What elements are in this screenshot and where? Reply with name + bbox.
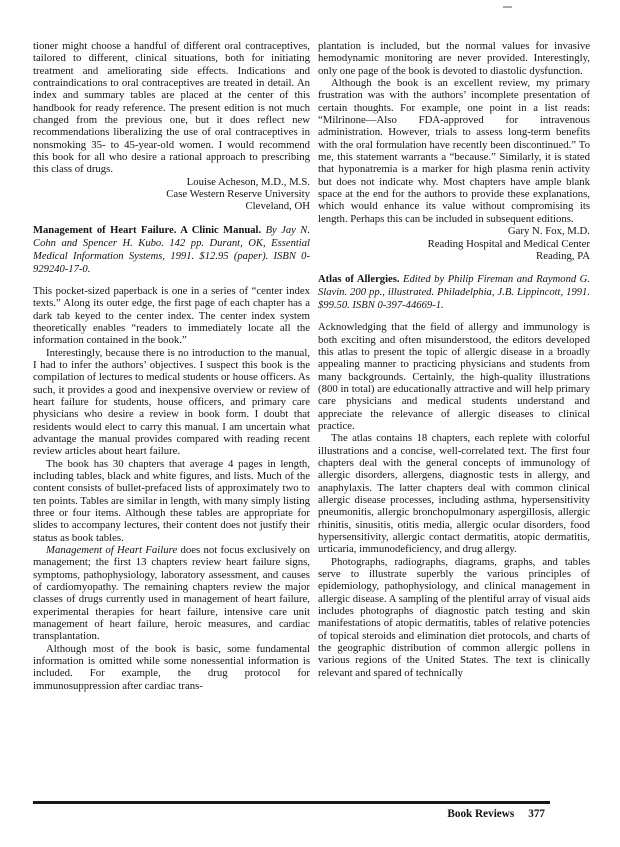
review-paragraph: This pocket-sized paperback is one in a … — [33, 285, 310, 347]
reviewer-affiliation: Case Western Reserve University — [33, 188, 310, 200]
review-paragraph: Although the book is an excellent review… — [318, 77, 590, 225]
book-title-inline: Management of Heart Failure — [46, 544, 177, 556]
book-citation-heading: Management of Heart Failure. A Clinic Ma… — [33, 224, 310, 276]
review-paragraph: Acknowledging that the field of allergy … — [318, 321, 590, 432]
continued-paragraph: plantation is included, but the normal v… — [318, 40, 590, 77]
review-paragraph: The book has 30 chapters that average 4 … — [33, 458, 310, 544]
right-column: plantation is included, but the normal v… — [318, 40, 590, 798]
reviewer-signature: Gary N. Fox, M.D. Reading Hospital and M… — [318, 225, 590, 262]
review-paragraph: The atlas contains 18 chapters, each rep… — [318, 432, 590, 555]
paragraph-text: does not focus exclusively on management… — [33, 544, 310, 642]
reviewer-name: Gary N. Fox, M.D. — [318, 225, 590, 237]
review-paragraph: Although most of the book is basic, some… — [33, 643, 310, 692]
page-footer: Book Reviews377 — [33, 808, 545, 820]
reviewer-affiliation: Reading Hospital and Medical Center — [318, 238, 590, 250]
footer-section-label: Book Reviews — [447, 808, 514, 820]
reviewer-location: Cleveland, OH — [33, 200, 310, 212]
review-paragraph: Photographs, radiographs, diagrams, grap… — [318, 556, 590, 679]
review-paragraph: Management of Heart Failure does not foc… — [33, 544, 310, 643]
left-column: tioner might choose a handful of differe… — [33, 40, 310, 798]
footer-page-number: 377 — [528, 808, 545, 820]
two-column-text: tioner might choose a handful of differe… — [33, 40, 590, 798]
reviewer-location: Reading, PA — [318, 250, 590, 262]
book-title: Atlas of Allergies. — [318, 274, 399, 285]
continued-paragraph: tioner might choose a handful of differe… — [33, 40, 310, 176]
review-paragraph: Interestingly, because there is no intro… — [33, 347, 310, 458]
book-citation-heading: Atlas of Allergies. Edited by Philip Fir… — [318, 273, 590, 312]
reviewer-name: Louise Acheson, M.D., M.S. — [33, 176, 310, 188]
book-title: Management of Heart Failure. A Clinic Ma… — [33, 225, 261, 236]
reviewer-signature: Louise Acheson, M.D., M.S. Case Western … — [33, 176, 310, 213]
scan-artifact — [503, 6, 512, 8]
journal-page: tioner might choose a handful of differe… — [0, 0, 620, 847]
footer-divider — [33, 801, 550, 804]
